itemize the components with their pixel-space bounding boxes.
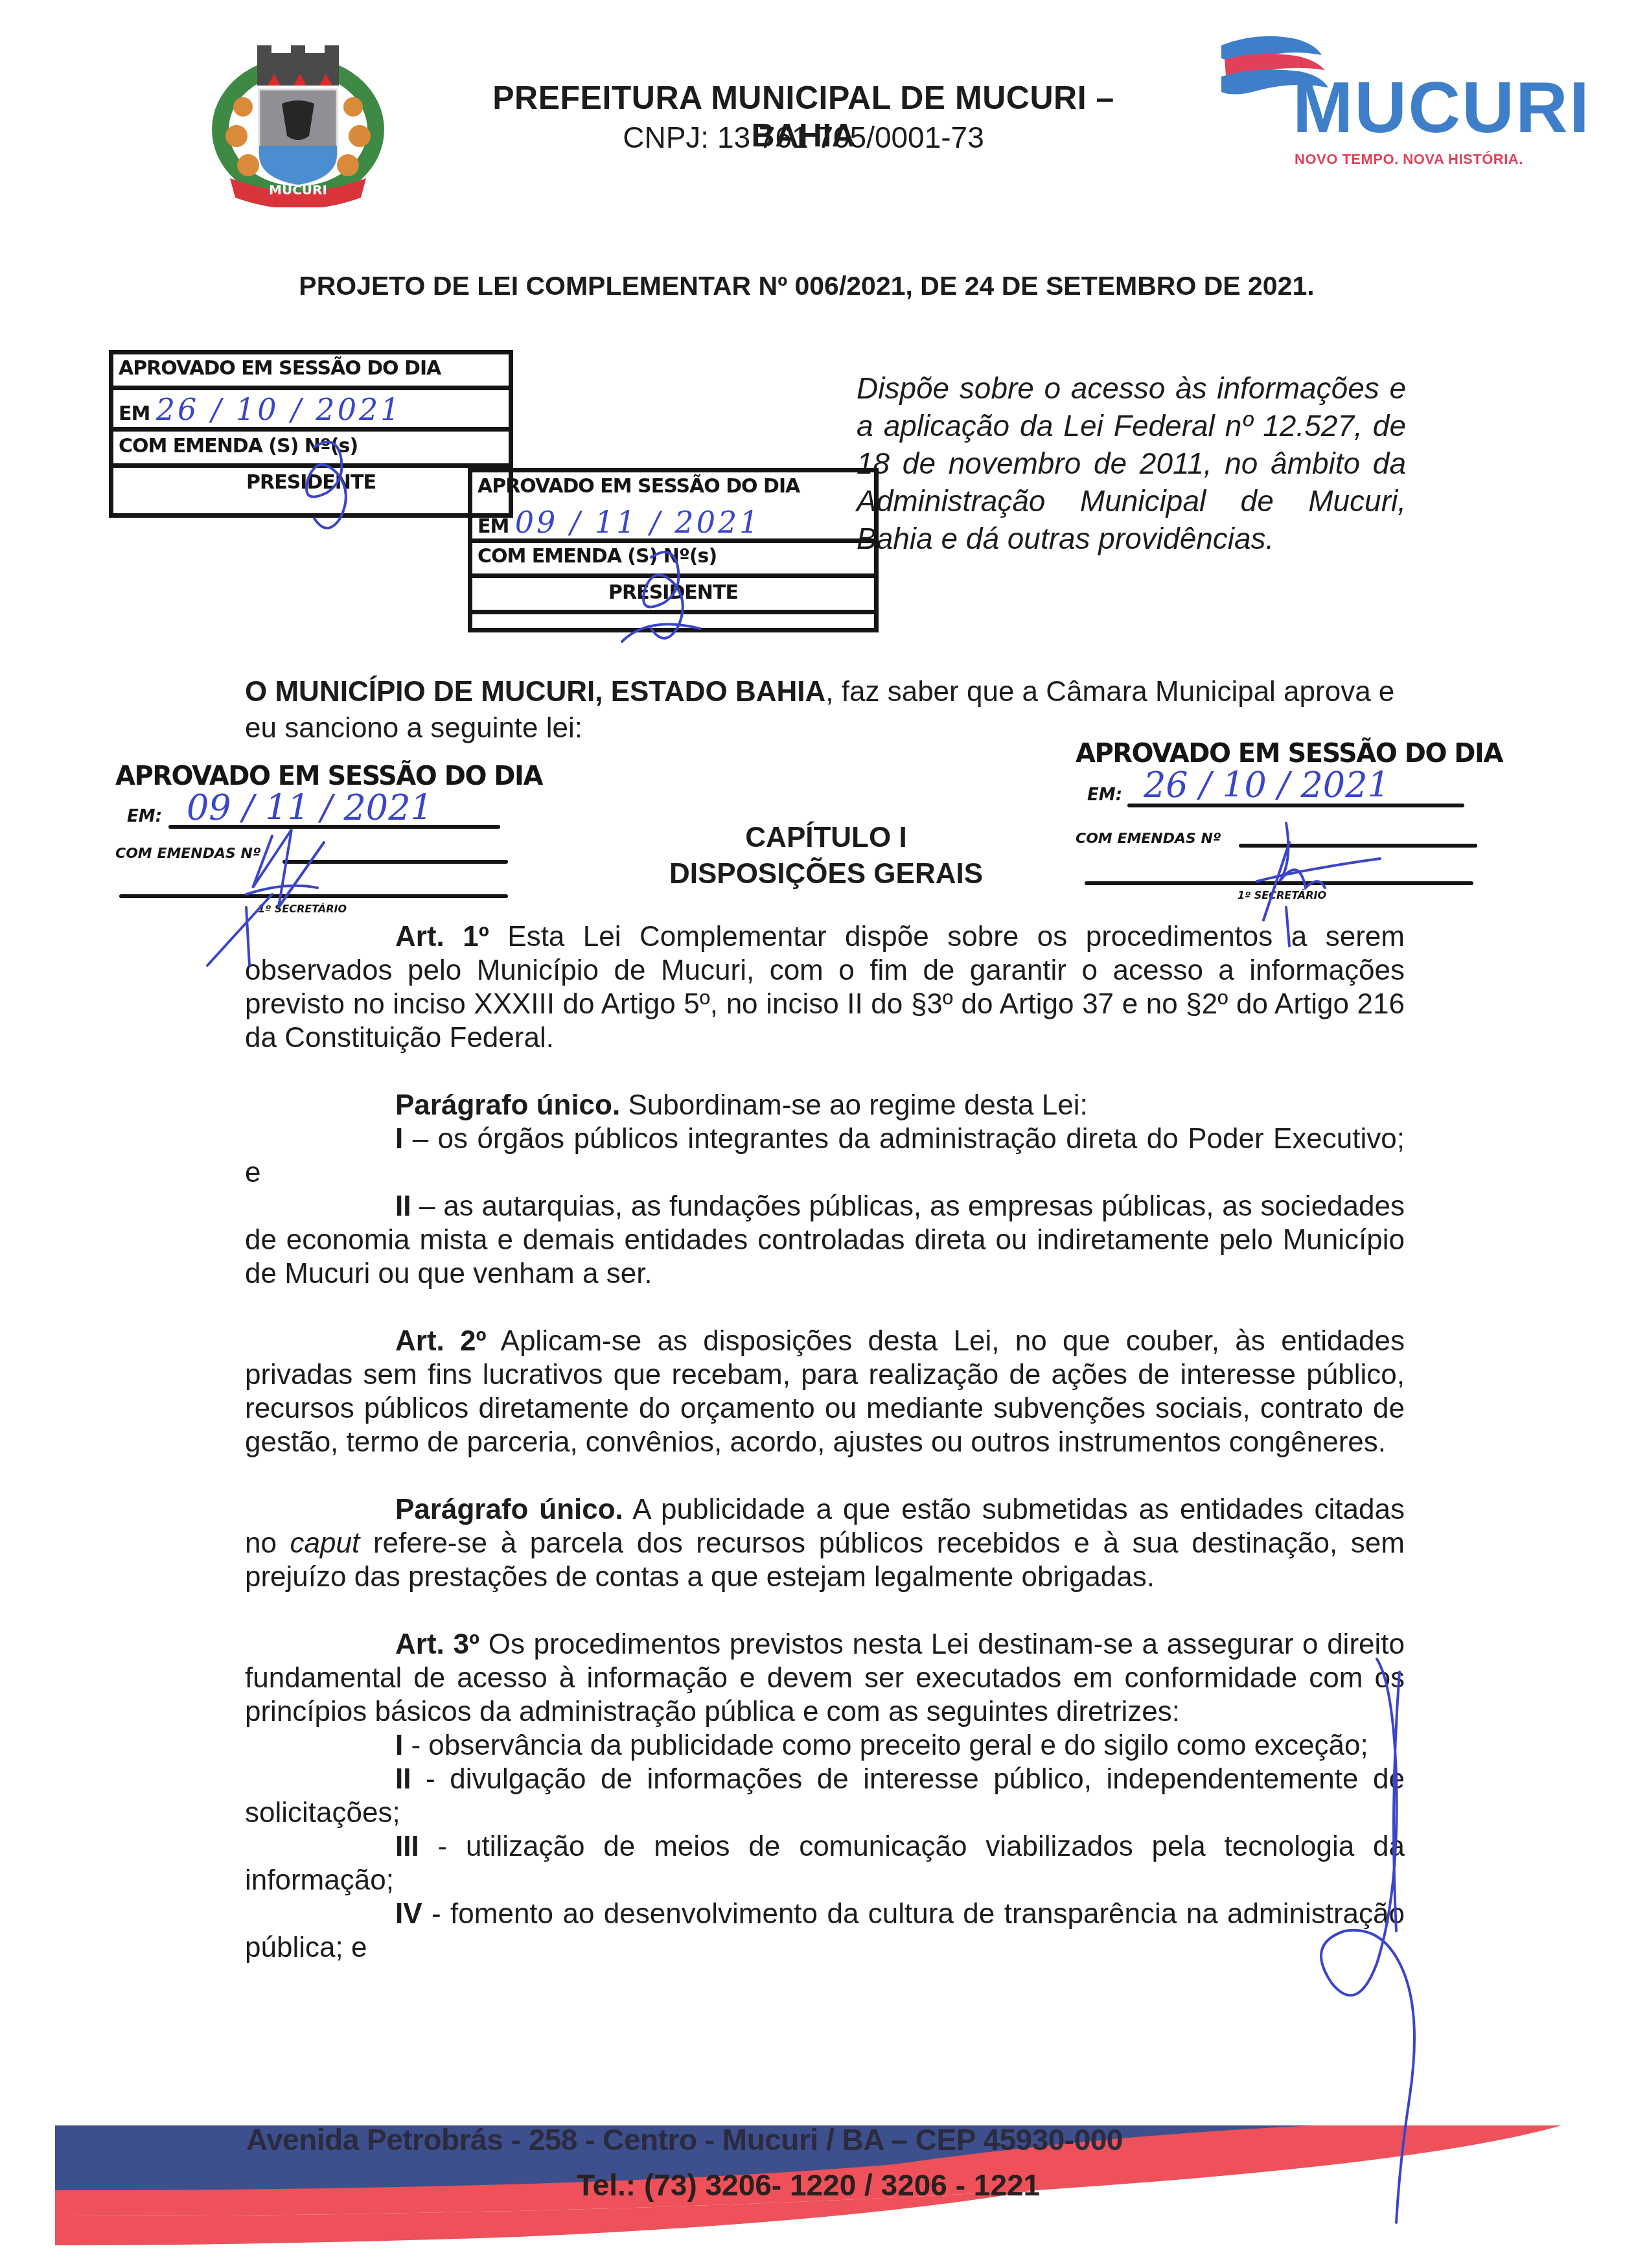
article-2: Art. 2º Aplicam-se as disposições desta … — [245, 1325, 1405, 1459]
stamp-emenda-label: COM EMENDAS Nº — [115, 846, 260, 862]
svg-text:MUCURI: MUCURI — [269, 182, 327, 198]
footer-phone: Tel.: (73) 3206- 1220 / 3206 - 1221 — [577, 2168, 1040, 2203]
chapter-title: DISPOSIÇÕES GERAIS — [583, 856, 1069, 892]
handwritten-date: 09 / 11 / 2021 — [187, 787, 433, 828]
coat-of-arms-icon: MUCURI — [211, 39, 386, 207]
stamp-role: 1º SECRETÁRIO — [258, 903, 347, 915]
approval-stamp-presidente-2: APROVADO EM SESSÃO DO DIA EM 09 / 11 / 2… — [468, 468, 879, 632]
stamp-heading: APROVADO EM SESSÃO DO DIA — [478, 475, 869, 498]
stamp-em-label: EM: — [127, 807, 162, 826]
mucuri-brand-logo: MUCURI NOVO TEMPO. NOVA HISTÓRIA. — [1218, 32, 1542, 175]
brand-slogan: NOVO TEMPO. NOVA HISTÓRIA. — [1295, 151, 1523, 168]
stamp-role: PRESIDENTE — [478, 581, 869, 604]
handwritten-date: 26 / 10 / 2021 — [156, 392, 402, 427]
stamp-emenda-label: COM EMENDAS Nº — [1076, 831, 1221, 847]
article-1-item-ii: II – as autarquias, as fundações pública… — [245, 1190, 1405, 1291]
law-body: Art. 1º Esta Lei Complementar dispõe sob… — [245, 920, 1405, 1965]
preamble: O MUNICÍPIO DE MUCURI, ESTADO BAHIA, faz… — [245, 674, 1405, 746]
approval-stamp-secretario-left: APROVADO EM SESSÃO DO DIA EM: 09 / 11 / … — [115, 761, 517, 930]
article-3-item-iv: IV - fomento ao desenvolvimento da cultu… — [245, 1897, 1405, 1965]
article-1-item-i: I – os órgãos públicos integrantes da ad… — [245, 1122, 1405, 1190]
approval-stamp-secretario-right: APROVADO EM SESSÃO DO DIA EM: 26 / 10 / … — [1076, 739, 1477, 907]
article-1: Art. 1º Esta Lei Complementar dispõe sob… — [245, 920, 1405, 1055]
approval-stamp-presidente-1: APROVADO EM SESSÃO DO DIA EM 26 / 10 / 2… — [109, 350, 513, 518]
chapter-number: CAPÍTULO I — [583, 820, 1069, 856]
header-cnpj: CNPJ: 13 761 705/0001-73 — [441, 120, 1166, 155]
stamp-heading: APROVADO EM SESSÃO DO DIA — [119, 357, 503, 380]
stamp-em-label: EM: — [1087, 785, 1122, 805]
brand-name: MUCURI — [1293, 71, 1591, 144]
article-3-item-ii: II - divulgação de informações de intere… — [245, 1763, 1405, 1830]
stamp-role: PRESIDENTE — [119, 471, 503, 494]
municipal-coat-of-arms: MUCURI — [211, 39, 386, 207]
article-3-item-iii: III - utilização de meios de comunicação… — [245, 1830, 1405, 1897]
document-title: PROJETO DE LEI COMPLEMENTAR Nº 006/2021,… — [162, 271, 1451, 301]
handwritten-date: 26 / 10 / 2021 — [1144, 765, 1390, 805]
stamp-emenda-label: COM EMENDA (S) Nº(s) — [119, 435, 503, 457]
stamp-em-label: EM — [478, 515, 509, 538]
article-2-paragraph: Parágrafo único. A publicidade a que est… — [245, 1493, 1405, 1594]
article-3-item-i: I - observância da publicidade como prec… — [245, 1729, 1405, 1763]
stamp-em-label: EM — [119, 402, 150, 425]
article-3: Art. 3º Os procedimentos previstos nesta… — [245, 1628, 1405, 1729]
article-1-paragraph: Parágrafo único. Subordinam-se ao regime… — [245, 1089, 1405, 1122]
stamp-emenda-label: COM EMENDA (S) Nº(s) — [478, 545, 869, 568]
preamble-subject: O MUNICÍPIO DE MUCURI, ESTADO BAHIA — [245, 676, 825, 708]
stamp-role: 1º SECRETÁRIO — [1238, 889, 1326, 901]
chapter-heading: CAPÍTULO I DISPOSIÇÕES GERAIS — [583, 820, 1069, 892]
handwritten-date: 09 / 11 / 2021 — [515, 505, 761, 540]
ementa: Dispõe sobre o acesso às informações e a… — [857, 369, 1406, 557]
footer-address: Avenida Petrobrás - 258 - Centro - Mucur… — [246, 2122, 1123, 2157]
